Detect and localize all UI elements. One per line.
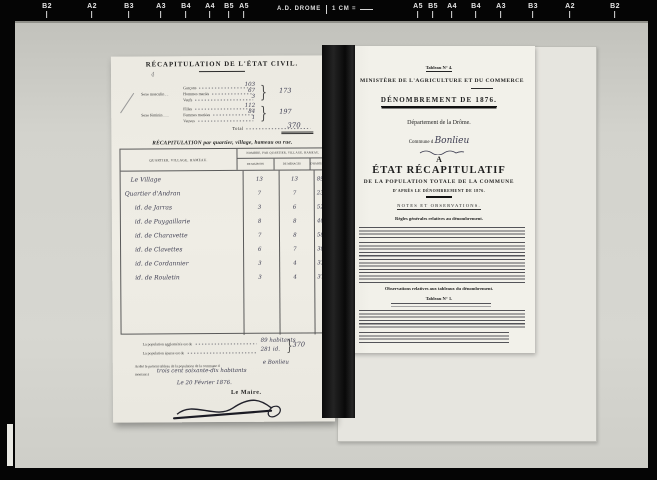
- pencil-mark: 4: [151, 71, 155, 78]
- table-row: Le Village131389: [121, 172, 329, 186]
- ruler-label: A2: [87, 3, 97, 18]
- illegible-line: [391, 303, 491, 307]
- subtotal-masculin: 173: [279, 87, 291, 95]
- right-page-tableau4: Tableau N° 4. MINISTÈRE DE L'AGRICULTURE…: [343, 46, 535, 353]
- ruler-tick: [501, 11, 502, 18]
- illegible-paragraph: [359, 242, 525, 257]
- table-row: Quartier d'Andran7723: [121, 186, 329, 200]
- table-row: id. de Charavette7858: [121, 228, 329, 242]
- group-label-feminin: Sexe féminin . . .: [141, 112, 185, 117]
- row-label: Veufs: [183, 97, 192, 102]
- commune-value: Bonlieu: [435, 136, 470, 146]
- ruler-label: B3: [528, 3, 538, 18]
- row-value: 3: [239, 94, 255, 100]
- total-value: 370: [287, 122, 300, 130]
- table-row: id. de Rouletin3437: [121, 270, 329, 284]
- film-edge: [7, 424, 13, 466]
- scale-label: 1 CM =: [332, 6, 356, 12]
- archive-label: A.D. DROME: [277, 6, 321, 12]
- ruler-tick: [326, 5, 327, 14]
- microfilm-scan: B2 A2 B3 A3 B4 A4 B5 A5 A.D. DROME 1 CM …: [0, 0, 657, 480]
- tableau-number: Tableau N° 4.: [343, 65, 535, 70]
- ruler-label: B4: [181, 3, 191, 18]
- ruler-tick: [452, 11, 453, 18]
- ruler-tick: [418, 11, 419, 18]
- ruler-label: A4: [447, 3, 457, 18]
- ruler-label: A3: [496, 3, 506, 18]
- ruler-label: B4: [471, 3, 481, 18]
- pencil-stroke: [120, 93, 134, 114]
- illegible-paragraph: [359, 310, 525, 330]
- row-label: Veuves: [183, 118, 195, 123]
- pop-eparse-value: 281 id.: [261, 347, 280, 353]
- brace: }: [260, 83, 267, 103]
- row-value: 1: [239, 115, 255, 121]
- table-header: QUARTIER, VILLAGE, HAMEAU. NOMBRE, PAR Q…: [120, 148, 328, 171]
- recapitulatif-subtitle: DE LA POPULATION TOTALE DE LA COMMUNE: [343, 179, 535, 185]
- census-header: DÉNOMBREMENT DE 1876.: [343, 96, 535, 104]
- table-body: Le Village131389 Quartier d'Andran7723 i…: [121, 170, 330, 335]
- tableau1-header: Tableau N° 1.: [343, 296, 535, 301]
- row-label: Garçons: [183, 85, 196, 90]
- ruler-tick: [210, 11, 211, 18]
- ruler-label: B3: [124, 3, 134, 18]
- ruler-tick: [47, 11, 48, 18]
- ruler-label: A5: [413, 3, 423, 18]
- ruler-label: B2: [610, 3, 620, 18]
- commune-line: Commune d Bonlieu: [343, 136, 535, 146]
- maire-signature: [171, 396, 295, 423]
- ruler-tick: [570, 11, 571, 18]
- attest-amount: trois cent soixante-dix habitants: [157, 368, 247, 375]
- ruler-tick: [129, 11, 130, 18]
- ministry-header: MINISTÈRE DE L'AGRICULTURE ET DU COMMERC…: [359, 78, 525, 84]
- pop-agglomeree-label: La population agglomérée est de: [143, 342, 193, 346]
- ruler-tick: [244, 11, 245, 18]
- commune-label: Commune d: [409, 140, 434, 145]
- brace: }: [286, 337, 292, 355]
- ornament-rule: [426, 196, 452, 198]
- ruler-label: B5: [224, 3, 234, 18]
- ruler-tick: [186, 11, 187, 18]
- left-page-recapitulation: 4 RÉCAPITULATION DE L'ÉTAT CIVIL. Sexe m…: [111, 55, 335, 422]
- notes-header: NOTES ET OBSERVATIONS.: [343, 203, 535, 208]
- ruler-tick: [615, 11, 616, 18]
- col-header-right: NOMBRE, PAR QUARTIER, VILLAGE, HAMEAU,: [237, 148, 328, 159]
- ruler-tick: [92, 11, 93, 18]
- illegible-paragraph: [359, 332, 509, 345]
- col-header-left: QUARTIER, VILLAGE, HAMEAU.: [120, 149, 237, 171]
- attest-commune: e Bonlieu: [263, 360, 289, 366]
- total-label: Total: [232, 126, 243, 131]
- recapitulatif-subtitle2: D'APRÈS LE DÉNOMBREMENT DE 1876.: [343, 188, 535, 193]
- recapitulatif-title: ÉTAT RÉCAPITULATIF: [343, 165, 535, 176]
- table-row: id. de Jarras3652: [121, 200, 329, 214]
- table-row: id. de Clavettes6738: [121, 242, 329, 256]
- quartier-table: QUARTIER, VILLAGE, HAMEAU. NOMBRE, PAR Q…: [119, 147, 330, 334]
- subtotal-feminin: 197: [279, 108, 291, 116]
- ruler-label: A4: [205, 3, 215, 18]
- regles-header: Règles générales relatives au dénombreme…: [343, 216, 535, 221]
- row-label: Hommes mariés: [183, 91, 209, 96]
- attest-line2: montant à: [135, 372, 149, 376]
- illegible-paragraph: [359, 227, 525, 240]
- dot-leader: [186, 351, 256, 355]
- scale-dash: [360, 9, 373, 10]
- title-rule: [199, 71, 245, 72]
- brace: }: [260, 104, 267, 124]
- ruler-label: A2: [565, 3, 575, 18]
- table-row: id. de Cordannier3433: [121, 256, 329, 270]
- subheader-maisons: DE MAISONS: [237, 159, 274, 170]
- ruler-tick: [476, 11, 477, 18]
- ruler-label: A5: [239, 3, 249, 18]
- etat-civil-title: RÉCAPITULATION DE L'ÉTAT CIVIL.: [111, 60, 333, 68]
- table-row: id. de Puygaillarie8840: [121, 214, 329, 228]
- ruler-label: B2: [42, 3, 52, 18]
- departement-line: Département de la Drôme.: [343, 120, 535, 126]
- ruler-tick: [433, 11, 434, 18]
- ruler-tick: [161, 11, 162, 18]
- binding-strip: [322, 45, 355, 418]
- row-label: Femmes mariées: [183, 112, 210, 117]
- date-line: Le 20 Février 1876.: [177, 380, 232, 386]
- row-label: Filles: [183, 106, 192, 111]
- subheader-menages: DE MÉNAGES: [274, 158, 310, 169]
- ruler-tick: [229, 11, 230, 18]
- rule: [471, 88, 493, 89]
- total-underline: [281, 131, 313, 132]
- pop-eparse-label: La population éparse est de: [143, 351, 185, 355]
- dot-leader: [194, 342, 256, 346]
- ruler-label: A3: [156, 3, 166, 18]
- illegible-paragraph: [359, 272, 525, 284]
- ruler-tick: [533, 11, 534, 18]
- quartier-table-title: RÉCAPITULATION par quartier, village, ha…: [111, 139, 333, 146]
- illegible-paragraph: [359, 259, 525, 270]
- section-letter: A: [343, 155, 535, 164]
- pop-total-value: 370: [293, 341, 305, 349]
- ruler-label: B5: [428, 3, 438, 18]
- observations-header: Observations relatives aux tableaux du d…: [343, 286, 535, 291]
- group-label-masculin: Sexe masculin . .: [141, 91, 185, 96]
